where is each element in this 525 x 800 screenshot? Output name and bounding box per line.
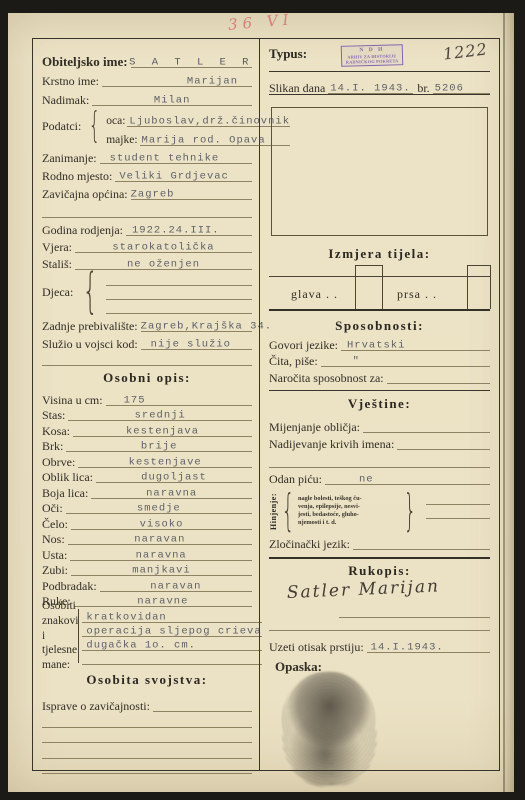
- ruled-line: nije služio: [141, 331, 252, 350]
- ruled-line: dugačka 1o. cm.: [82, 636, 261, 651]
- record-card: Obiteljsko ime: S A T L E R Krstno ime: …: [32, 38, 500, 771]
- field-value: visoko: [140, 518, 184, 530]
- ruled-line: 14.I.1943.: [367, 634, 490, 653]
- document-page: 36 VI Obiteljsko ime: S A T L E R Krstno…: [8, 13, 514, 792]
- field-home-documents: Isprave o zavičajnosti:: [42, 694, 252, 712]
- field-label: Osobiti znakovi i tjelesne mane:: [42, 599, 78, 674]
- ruled-line: smedje: [66, 498, 252, 515]
- field-height: Visina u cm: 175: [42, 390, 252, 406]
- field-value: 175: [124, 394, 146, 406]
- ruled-line: [353, 532, 490, 550]
- field-value: manjkavi: [132, 565, 190, 577]
- ruled-line: dugoljast: [96, 467, 252, 484]
- field-value: kratkovidan: [86, 612, 166, 624]
- section-heading-personal-description: Osobni opis:: [42, 366, 252, 390]
- ruled-line: [363, 415, 490, 433]
- ruled-line: naravne: [74, 591, 252, 608]
- field-value: nije služio: [151, 339, 231, 351]
- ruled-line: 5206: [433, 71, 490, 94]
- blank-ruled-row: [42, 350, 252, 366]
- ruled-line: Zagreb: [131, 181, 252, 200]
- field-value-row: kratkovidan: [82, 609, 261, 623]
- field-remark: Opaska:: [269, 653, 490, 673]
- archive-stamp: N D H ARHIV ZA HISTORIJU RADNIČKOG POKRE…: [341, 44, 404, 67]
- field-criminal-jargon: Zločinački jezik:: [269, 533, 490, 550]
- ruled-line: Milan: [92, 86, 252, 106]
- ruled-line: [397, 432, 490, 450]
- field-value: 5206: [435, 83, 464, 95]
- ruled-line: naravan: [100, 575, 252, 592]
- field-value: naravne: [137, 596, 188, 608]
- field-value: Marijan: [187, 76, 238, 88]
- ruled-line: Zagreb,Krajška 34.: [141, 313, 252, 332]
- ruled-line: ne oženjen: [75, 252, 252, 270]
- ruled-line: 1922.24.III.: [126, 217, 252, 236]
- ruled-line: [42, 711, 252, 728]
- ruled-line: ne: [325, 467, 490, 485]
- field-first-name: Krstno ime: Marijan: [42, 68, 252, 87]
- field-addicted-to-drink: Odan piću: ne: [269, 468, 490, 485]
- stamp-line3: RADNIČKOG POKRETA: [344, 58, 400, 65]
- blank-ruled-row: [42, 728, 252, 744]
- field-value: smedje: [137, 503, 181, 515]
- field-value: naravan: [134, 534, 185, 546]
- ruled-line: [339, 605, 490, 618]
- field-value: 14.I.1943.: [371, 642, 444, 654]
- field-moustache: Brk: brije: [42, 437, 252, 453]
- feigning-description: nagle bolesti, teškog ču- venja, epileps…: [298, 495, 400, 528]
- measure-cell-head: [355, 265, 383, 309]
- feigning-line2: venja, epilepsije, nesvi-: [298, 503, 400, 511]
- field-birthplace: Rodno mjesto: Veliki Grdjevac: [42, 164, 252, 182]
- field-value: operacija sljepog crieva: [86, 626, 261, 638]
- field-chin: Podbradak: naravan: [42, 576, 252, 592]
- ruled-line: 14.I. 1943.: [328, 71, 413, 94]
- blank-ruled-row: [106, 286, 252, 300]
- field-feigning: Hinjenje: { nagle bolesti, teškog ču- ve…: [269, 489, 490, 533]
- right-column: Typus: N D H ARHIV ZA HISTORIJU RADNIČKO…: [259, 39, 499, 770]
- field-eyebrows: Obrve: kestenjave: [42, 452, 252, 468]
- section-heading-body-measurement: Izmjera tijela:: [269, 246, 490, 262]
- ruled-line: starokatolička: [75, 235, 252, 253]
- section-heading-skills: Vještine:: [269, 391, 490, 416]
- brace-glyph: {: [89, 110, 100, 142]
- field-value: Veliki Grdjevac: [119, 171, 229, 183]
- feigning-line1: nagle bolesti, teškog ču-: [298, 495, 400, 503]
- typus-header: Typus: N D H ARHIV ZA HISTORIJU RADNIČKO…: [269, 45, 490, 71]
- field-label: Djeca:: [42, 285, 75, 300]
- field-value: Marija rod. Opava: [142, 135, 266, 147]
- field-speaks-languages: Govori jezike: Hrvatski: [269, 334, 490, 351]
- field-label: Stas:: [42, 409, 68, 421]
- field-label: Vjera:: [42, 241, 75, 253]
- ruled-line: manjkavi: [71, 560, 252, 577]
- field-value: dugačka 1o. cm.: [86, 640, 196, 652]
- field-label: Stališ:: [42, 258, 75, 270]
- blank-ruled-row: [106, 272, 252, 286]
- children-lines: [106, 270, 252, 314]
- ruled-line: kratkovidan: [82, 608, 261, 623]
- field-marital-status: Stališ: ne oženjen: [42, 253, 252, 270]
- ruled-line: [82, 650, 261, 665]
- field-label: Naročita sposobnost za:: [269, 372, 387, 384]
- field-label: Zadnje prebivalište:: [42, 320, 141, 332]
- field-value: ": [353, 356, 360, 368]
- field-complexion: Boja lica: naravna: [42, 483, 252, 499]
- field-special-ability: Naročita sposobnost za:: [269, 367, 490, 384]
- field-false-names: Nadijevanje krivih imena:: [269, 433, 490, 450]
- field-value: Milan: [154, 95, 191, 107]
- field-occupation: Zanimanje: student tehnike: [42, 146, 252, 164]
- ruled-line: [42, 758, 252, 775]
- ruled-line: kestenjave: [78, 451, 252, 468]
- field-birth-year: Godina rodjenja: 1922.24.III.: [42, 218, 252, 236]
- ruled-line: [387, 366, 490, 384]
- ruled-line: ": [321, 350, 490, 367]
- field-fingerprints-taken: Uzeti otisak prstiju: 14.I.1943.: [269, 635, 490, 653]
- field-value-row: dugačka 1o. cm.: [82, 637, 261, 651]
- field-religion: Vjera: starokatolička: [42, 236, 252, 253]
- divider-bar: [78, 609, 79, 663]
- field-home-municipality: Zavičajna općina: Zagreb: [42, 182, 252, 200]
- field-value: naravan: [150, 580, 201, 592]
- measure-label-head: glava . .: [291, 287, 338, 302]
- ruled-line: naravna: [91, 482, 252, 499]
- field-label: Oči:: [42, 502, 66, 514]
- field-value: ne oženjen: [127, 259, 200, 271]
- field-label: Zubi:: [42, 564, 71, 576]
- field-label: Zločinački jezik:: [269, 538, 353, 550]
- fingerprint-smudge: [279, 670, 379, 789]
- ruled-line: Veliki Grdjevac: [115, 163, 252, 182]
- ruled-line: [426, 517, 490, 519]
- field-nose: Nos: naravan: [42, 530, 252, 546]
- field-label: Podatci:: [42, 119, 83, 134]
- ruled-line: [42, 349, 252, 366]
- ruled-line: visoko: [71, 513, 252, 530]
- field-reads-writes: Čita, piše: ": [269, 351, 490, 367]
- field-label: Zanimanje:: [42, 152, 100, 164]
- field-value: Zagreb,Krajška 34.: [141, 321, 272, 333]
- blank-ruled-row: [42, 712, 252, 728]
- brace-glyph: }: [404, 493, 417, 528]
- field-value: naravna: [146, 487, 197, 499]
- measurement-table: glava . . prsa . .: [269, 276, 490, 311]
- ruled-line: [106, 285, 252, 300]
- feigning-line4: njemosti i t. d.: [298, 519, 400, 527]
- field-label: Uzeti otisak prstiju:: [269, 641, 367, 653]
- field-mouth: Usta: naravna: [42, 545, 252, 561]
- field-label: Čita, piše:: [269, 355, 321, 367]
- field-label: Mijenjanje obličja:: [269, 421, 363, 433]
- field-build: Stas: srednji: [42, 406, 252, 422]
- typus-label: Typus:: [269, 46, 307, 61]
- field-label: Usta:: [42, 549, 70, 561]
- field-parents: Podatci: { oca: Ljuboslav,drž.činovnik m…: [42, 106, 252, 146]
- field-value: starokatolička: [112, 242, 214, 254]
- left-column: Obiteljsko ime: S A T L E R Krstno ime: …: [33, 39, 259, 770]
- special-marks-lines: kratkovidan operacija sljepog crieva dug…: [82, 607, 261, 665]
- blank-ruled-row: [42, 200, 252, 218]
- field-value-row: operacija sljepog crieva: [82, 623, 261, 637]
- field-value: srednji: [135, 410, 186, 422]
- field-value: 14.I. 1943.: [330, 83, 410, 95]
- brace-glyph: {: [282, 493, 295, 528]
- ruled-line: Hrvatski: [341, 333, 490, 351]
- blank-ruled-row: [106, 300, 252, 314]
- measure-cell-chest: [467, 265, 491, 309]
- field-children: Djeca: {: [42, 270, 252, 314]
- field-value: brije: [141, 441, 178, 453]
- blank-ruled-row: [269, 450, 490, 468]
- ruled-line: [153, 693, 252, 712]
- field-appearance-change: Mijenjanje obličja:: [269, 416, 490, 433]
- ruled-line: [269, 449, 490, 468]
- field-last-residence: Zadnje prebivalište: Zagreb,Krajška 34.: [42, 314, 252, 332]
- ruled-line: operacija sljepog crieva: [82, 622, 261, 637]
- ruled-line: Marijan: [102, 67, 252, 87]
- brace-glyph: {: [83, 270, 98, 313]
- feigning-answer-lines: [420, 497, 490, 525]
- field-face-shape: Oblik lica: dugoljast: [42, 468, 252, 484]
- field-label: Odan piću:: [269, 473, 325, 485]
- ruled-line: [106, 271, 252, 286]
- blank-ruled-row: [42, 759, 252, 775]
- vertical-label-feigning: Hinjenje:: [269, 493, 278, 530]
- field-label: Opaska:: [269, 660, 325, 673]
- feigning-line3: jesti, bedastoće, gluho-: [298, 511, 400, 519]
- field-label: Brk:: [42, 440, 66, 452]
- section-heading-abilities: Sposobnosti:: [269, 318, 490, 334]
- field-eyes: Oči: smedje: [42, 499, 252, 515]
- field-teeth: Zubi: manjkavi: [42, 561, 252, 577]
- field-value: kestenjave: [129, 456, 202, 468]
- field-special-marks: Osobiti znakovi i tjelesne mane: kratkov…: [42, 607, 252, 665]
- field-label: Nadimak:: [42, 94, 92, 106]
- ruled-line: [106, 299, 252, 314]
- photo-placeholder: [271, 107, 488, 236]
- field-label-br: br.: [413, 82, 432, 94]
- ruled-line: 175: [106, 389, 252, 406]
- field-value: student tehnike: [110, 153, 220, 165]
- field-label: Oblik lica:: [42, 471, 96, 483]
- ruled-line: [269, 618, 490, 631]
- field-label: Rodno mjesto:: [42, 170, 115, 182]
- ruled-line: naravna: [70, 544, 252, 561]
- blank-ruled-row: [42, 743, 252, 759]
- field-label: Slikan dana: [269, 82, 328, 94]
- field-label: Obrve:: [42, 456, 78, 468]
- field-value: Zagreb: [131, 189, 175, 201]
- field-value: naravna: [136, 549, 187, 561]
- blank-ruled-row: [82, 651, 261, 665]
- field-value: ne: [359, 474, 374, 486]
- field-photographed-date: Slikan dana 14.I. 1943. br. 5206: [269, 72, 490, 94]
- ruled-line: srednji: [68, 405, 252, 422]
- field-value: S A T L E R: [129, 57, 253, 69]
- field-value: 1922.24.III.: [132, 225, 220, 237]
- field-label: oca:: [106, 115, 127, 127]
- field-label-line2: i tjelesne mane:: [42, 629, 78, 674]
- field-hair: Kosa: kestenjava: [42, 421, 252, 437]
- field-value: dugoljast: [141, 472, 207, 484]
- ruled-line: [42, 742, 252, 759]
- field-label-line1: Osobiti znakovi: [42, 599, 78, 629]
- field-nickname: Nadimak: Milan: [42, 87, 252, 106]
- ruled-line: naravan: [68, 529, 252, 546]
- ruled-line: brije: [66, 436, 252, 453]
- field-forehead: Čelo: visoko: [42, 514, 252, 530]
- field-family-name: Obiteljsko ime: S A T L E R: [42, 47, 252, 68]
- field-value: kestenjava: [126, 425, 199, 437]
- pencil-annotation: 36 VI: [227, 10, 294, 34]
- field-value: Hrvatski: [347, 340, 405, 352]
- handwritten-file-number: 1222: [442, 39, 489, 63]
- field-label: Nos:: [42, 533, 68, 545]
- ruled-line: kestenjava: [73, 420, 252, 437]
- ruled-line: student tehnike: [100, 145, 252, 164]
- measure-label-chest: prsa . .: [397, 287, 437, 302]
- field-military-service: Služio u vojsci kod: nije služio: [42, 332, 252, 350]
- ruled-line: [42, 727, 252, 744]
- ruled-line: [426, 503, 490, 505]
- ruled-line: S A T L E R: [131, 46, 252, 68]
- field-label: Čelo:: [42, 518, 71, 530]
- ruled-line: [42, 199, 252, 218]
